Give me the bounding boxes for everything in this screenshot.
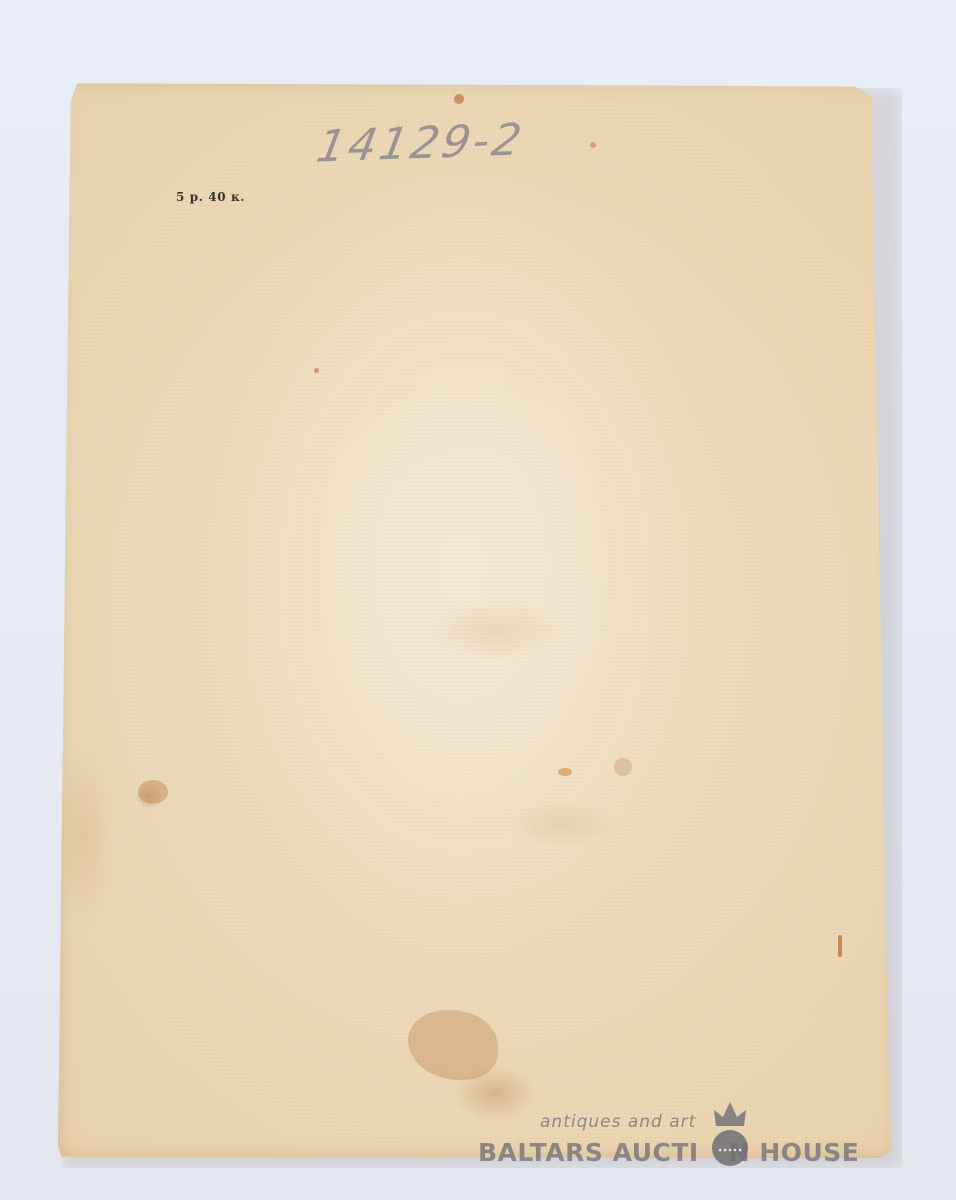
price-label: 5 р. 40 к. <box>176 190 245 204</box>
stain-center <box>558 768 572 776</box>
handwritten-inventory-number: 14129-2 <box>313 114 528 172</box>
watermark-tagline: antiques and art <box>540 1112 696 1132</box>
stain-top <box>454 94 464 104</box>
stain-small <box>314 368 319 373</box>
stain-center-right <box>614 758 632 776</box>
auction-house-watermark: antiques and art BALTARS AUCTIN HOUSE <box>478 1108 878 1170</box>
watermark-name-part1: BALTARS AUCTI <box>478 1138 699 1167</box>
stain-top-right <box>590 142 596 148</box>
crown-ball-icon <box>710 1100 750 1170</box>
stain-left <box>138 780 168 804</box>
paper-texture <box>58 80 898 1158</box>
watermark-name: BALTARS AUCTIN HOUSE <box>478 1138 859 1167</box>
stain-right-edge <box>838 935 842 957</box>
book-back-cover <box>58 80 898 1158</box>
